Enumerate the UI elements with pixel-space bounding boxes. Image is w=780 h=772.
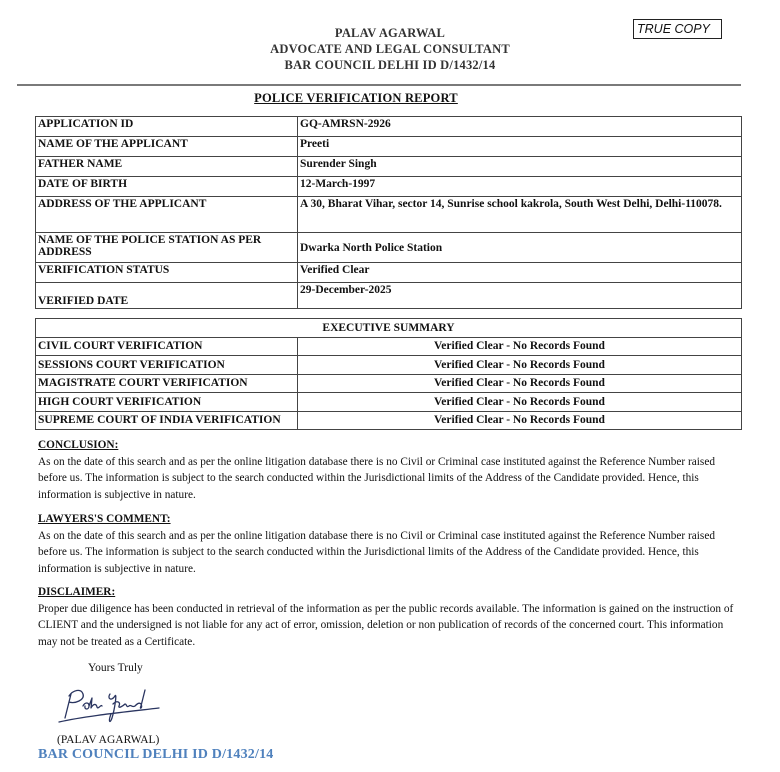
verification-status-value: Verified Clear: [298, 263, 742, 283]
court-name: CIVIL COURT VERIFICATION: [36, 337, 298, 356]
court-status: Verified Clear - No Records Found: [298, 337, 742, 356]
conclusion-heading: CONCLUSION:: [38, 437, 738, 454]
table-row: SUPREME COURT OF INDIA VERIFICATION Veri…: [36, 411, 742, 430]
table-row: HIGH COURT VERIFICATION Verified Clear -…: [36, 393, 742, 412]
field-label: NAME OF THE POLICE STATION AS PER ADDRES…: [36, 233, 298, 263]
field-label: VERIFICATION STATUS: [36, 263, 298, 283]
disclaimer-text: Proper due diligence has been conducted …: [38, 601, 738, 651]
table-row: VERIFIED DATE 29-December-2025: [36, 283, 742, 309]
executive-summary-title: EXECUTIVE SUMMARY: [36, 319, 742, 338]
court-status: Verified Clear - No Records Found: [298, 374, 742, 393]
report-title: POLICE VERIFICATION REPORT: [0, 91, 712, 106]
disclaimer-heading: DISCLAIMER:: [38, 584, 738, 601]
court-status: Verified Clear - No Records Found: [298, 393, 742, 412]
court-status: Verified Clear - No Records Found: [298, 411, 742, 430]
field-label: APPLICATION ID: [36, 117, 298, 137]
table-row: CIVIL COURT VERIFICATION Verified Clear …: [36, 337, 742, 356]
true-copy-stamp: TRUE COPY: [633, 19, 722, 39]
signatory-name: (PALAV AGARWAL): [57, 734, 159, 746]
table-row: ADDRESS OF THE APPLICANT A 30, Bharat Vi…: [36, 197, 742, 233]
closing-text: Yours Truly: [88, 662, 143, 674]
signature-icon: [55, 682, 165, 730]
court-name: SUPREME COURT OF INDIA VERIFICATION: [36, 411, 298, 430]
conclusion-section: CONCLUSION: As on the date of this searc…: [38, 437, 738, 503]
field-label: VERIFIED DATE: [36, 283, 298, 309]
applicant-name-value: Preeti: [298, 137, 742, 157]
court-name: SESSIONS COURT VERIFICATION: [36, 356, 298, 375]
advocate-designation: ADVOCATE AND LEGAL CONSULTANT: [0, 41, 780, 57]
court-name: HIGH COURT VERIFICATION: [36, 393, 298, 412]
footer-bar-council-id: BAR COUNCIL DELHI ID D/1432/14: [38, 747, 273, 763]
table-row: DATE OF BIRTH 12-March-1997: [36, 177, 742, 197]
bar-council-id: BAR COUNCIL DELHI ID D/1432/14: [0, 57, 780, 73]
lawyers-comment-text: As on the date of this search and as per…: [38, 528, 738, 578]
verified-date-value: 29-December-2025: [298, 283, 742, 309]
table-row: MAGISTRATE COURT VERIFICATION Verified C…: [36, 374, 742, 393]
table-row: APPLICATION ID GQ-AMRSN-2926: [36, 117, 742, 137]
conclusion-text: As on the date of this search and as per…: [38, 454, 738, 504]
court-name: MAGISTRATE COURT VERIFICATION: [36, 374, 298, 393]
table-row: NAME OF THE POLICE STATION AS PER ADDRES…: [36, 233, 742, 263]
field-label: FATHER NAME: [36, 157, 298, 177]
table-row: FATHER NAME Surender Singh: [36, 157, 742, 177]
table-header-row: EXECUTIVE SUMMARY: [36, 319, 742, 338]
table-row: VERIFICATION STATUS Verified Clear: [36, 263, 742, 283]
table-row: NAME OF THE APPLICANT Preeti: [36, 137, 742, 157]
applicant-details-table: APPLICATION ID GQ-AMRSN-2926 NAME OF THE…: [35, 116, 742, 309]
application-id-value: GQ-AMRSN-2926: [298, 117, 742, 137]
disclaimer-section: DISCLAIMER: Proper due diligence has bee…: [38, 584, 738, 650]
header-divider: [17, 84, 741, 86]
executive-summary-table: EXECUTIVE SUMMARY CIVIL COURT VERIFICATI…: [35, 318, 742, 430]
table-row: SESSIONS COURT VERIFICATION Verified Cle…: [36, 356, 742, 375]
address-value: A 30, Bharat Vihar, sector 14, Sunrise s…: [298, 197, 742, 233]
lawyers-comment-section: LAWYERS'S COMMENT: As on the date of thi…: [38, 511, 738, 577]
field-label: DATE OF BIRTH: [36, 177, 298, 197]
date-of-birth-value: 12-March-1997: [298, 177, 742, 197]
field-label: NAME OF THE APPLICANT: [36, 137, 298, 157]
field-label: ADDRESS OF THE APPLICANT: [36, 197, 298, 233]
lawyers-comment-heading: LAWYERS'S COMMENT:: [38, 511, 738, 528]
father-name-value: Surender Singh: [298, 157, 742, 177]
court-status: Verified Clear - No Records Found: [298, 356, 742, 375]
police-station-value: Dwarka North Police Station: [298, 233, 742, 263]
